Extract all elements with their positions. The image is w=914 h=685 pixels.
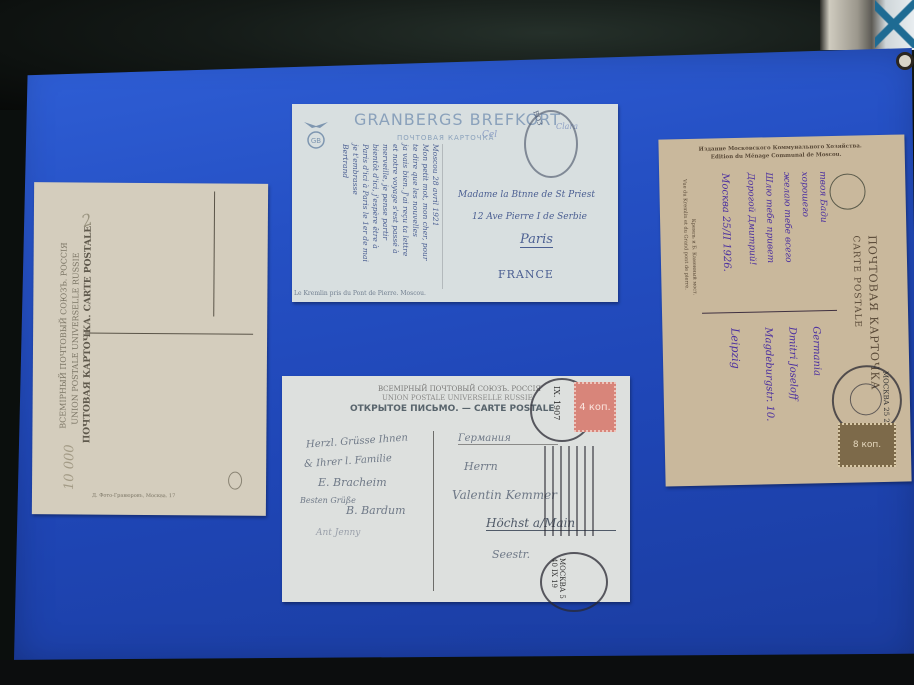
postcard-4-message-line-3: Шлю тебе привет [763, 172, 775, 263]
postcard-1-publisher-logo [228, 472, 242, 490]
message-line: Moscou 28 avril 1921 [431, 144, 440, 284]
postcard-3-header-line-2: UNION POSTALE UNIVERSELLE RUSSIE [382, 394, 533, 402]
postcard-4-address-line-1: Germania [810, 326, 822, 376]
postcard-1-center-divider [85, 333, 253, 335]
postcard-3-bottom-postmark-text: МОСКВА 5 40 IX 19 [550, 558, 566, 602]
postcard-2-postmark [524, 110, 578, 178]
postcard-3-header-line-1: ВСЕМІРНЫЙ ПОЧТОВЫЙ СОЮЗЪ. РОССІЯ [378, 385, 541, 393]
message-line: et notre voyage s'est passé à [391, 144, 400, 284]
postcard-3-message-line-5: B. Bardum [346, 504, 406, 517]
cancel-line [592, 446, 594, 536]
postcard-4-address-line-4: Leipzig [728, 328, 742, 369]
postcard-2-divider [442, 144, 443, 289]
postcard-4-message-line-2: Дорогой Дмитрий! [745, 173, 757, 266]
postcard-2-address-line-1: Madame la Btnne de St Priest [458, 190, 595, 200]
postcard-3-address-line-4: Höchst a/Main [486, 516, 616, 531]
message-line: je t'embrasse [351, 144, 360, 284]
postcard-1: ВСЕМІРНЫЙ ПОЧТОВЫЙ СОЮЗЪ. РОССІЯ UNION P… [32, 182, 268, 516]
cancel-line [584, 446, 586, 536]
postcard-3-stamp: 4 коп. [574, 382, 616, 432]
message-line: ja vais bien. J'ai reçu ta lettre [401, 144, 410, 284]
postcard-3-message-line-1: Herzl. Grüsse Ihnen [306, 432, 409, 450]
postcard-4-message-line-4: желаю тебе всего [781, 172, 793, 263]
postcard-2-address-line-3: Paris [520, 232, 553, 248]
message-line: bientôt d'ici, j'espère être à [371, 144, 380, 284]
postcard-4-stamp: 8 коп. [838, 423, 896, 467]
postcard-4-title-line-2: CARTE POSTALE [850, 235, 862, 328]
postcard-1-stamp-divider [213, 191, 215, 316]
postcard-4-address-line-3: Magdeburgstr. 10. [762, 327, 775, 421]
postcard-1-header-line-1: ВСЕМІРНЫЙ ПОЧТОВЫЙ СОЮЗЪ. РОССІЯ [58, 242, 68, 428]
postcard-2-message: Moscou 28 avril 1921 Mon petit mot, mon … [312, 144, 440, 284]
postcard-2-note: Cel [482, 130, 497, 140]
message-line: Bertrand [341, 144, 350, 284]
postcard-4-message-line-1: Москва 25/II 1926. [719, 173, 732, 272]
postcard-3-message-line-3: E. Bracheim [318, 476, 387, 489]
postcard-2-header-subtitle: ПОЧТОВАЯ КАРТОЧКА [397, 134, 494, 142]
postcard-3-top-postmark-text: IX. 1907 [552, 386, 561, 420]
postcard-4-side-caption-1: Кремль и Б. Каменный мост. [690, 219, 698, 296]
stamp-value: 4 коп. [579, 402, 610, 413]
message-line: merveille, je pense partir [381, 144, 390, 284]
board-eyelet [896, 52, 914, 70]
postcard-4-message-line-6: твоя Бади [817, 171, 828, 223]
window-lattice [875, 0, 914, 48]
postcard-3-message-line-2: & Ihrer l. Familie [304, 453, 392, 470]
postcard-3-address-line-5: Seestr. [492, 548, 530, 561]
cancel-line [552, 446, 554, 536]
postcard-4-divider [702, 310, 837, 314]
postcard-3-message-line-6: Ant Jenny [316, 528, 360, 538]
postcard-1-publisher: Д. Фото-Гравюровъ, Москва. 17 [92, 493, 175, 500]
postcard-3-address-line-2: Herrn [464, 460, 498, 473]
ussr-emblem-icon [829, 173, 866, 210]
postcard-3-header-line-3: ОТКРЫТОЕ ПИСЬМО. — CARTE POSTALE [350, 404, 555, 414]
postcard-3-address-line-3: Valentin Kemmer [452, 488, 557, 502]
postcard-4-header-line-2: Edition du Ménage Communal de Moscou. [711, 152, 842, 161]
postcard-4-address-line-2: Dmitri Joseloff [786, 327, 799, 400]
cancel-line [576, 446, 578, 536]
stamp-value: 8 коп. [853, 440, 881, 450]
message-line: te dire que les nouvelles [411, 144, 420, 284]
postcard-1-header-line-2: UNION POSTALE UNIVERSELLE RUSSIE [70, 252, 80, 424]
postcard-2-address-line-4: FRANCE [498, 268, 554, 281]
floor-shadow [0, 660, 914, 685]
postcard-4-side-caption-2: Vue du Kremlin et du Grand pont de pierr… [681, 179, 689, 290]
cancel-line [560, 446, 562, 536]
postcard-2-caption: Le Kremlin pris du Pont de Pierre. Mosco… [294, 290, 426, 297]
postcard-1-pencil-price: 10 000 [62, 444, 77, 490]
postcard-2: GB GRANBERGS BREFKORT ПОЧТОВАЯ КАРТОЧКА … [292, 104, 618, 302]
postcard-2-address-line-2: 12 Ave Pierre I de Serbie [472, 212, 587, 222]
postcard-4-message-line-5: хорошего [799, 171, 810, 217]
postcard-3-divider [433, 431, 434, 591]
cancel-line [544, 446, 546, 536]
message-line: Mon petit mot, mon cher, pour [421, 144, 430, 284]
message-line: Paris d'ici à Paris le 1er de mai [361, 144, 370, 284]
postcard-1-pencil-note: 2 [79, 209, 95, 230]
cancel-line [568, 446, 570, 536]
